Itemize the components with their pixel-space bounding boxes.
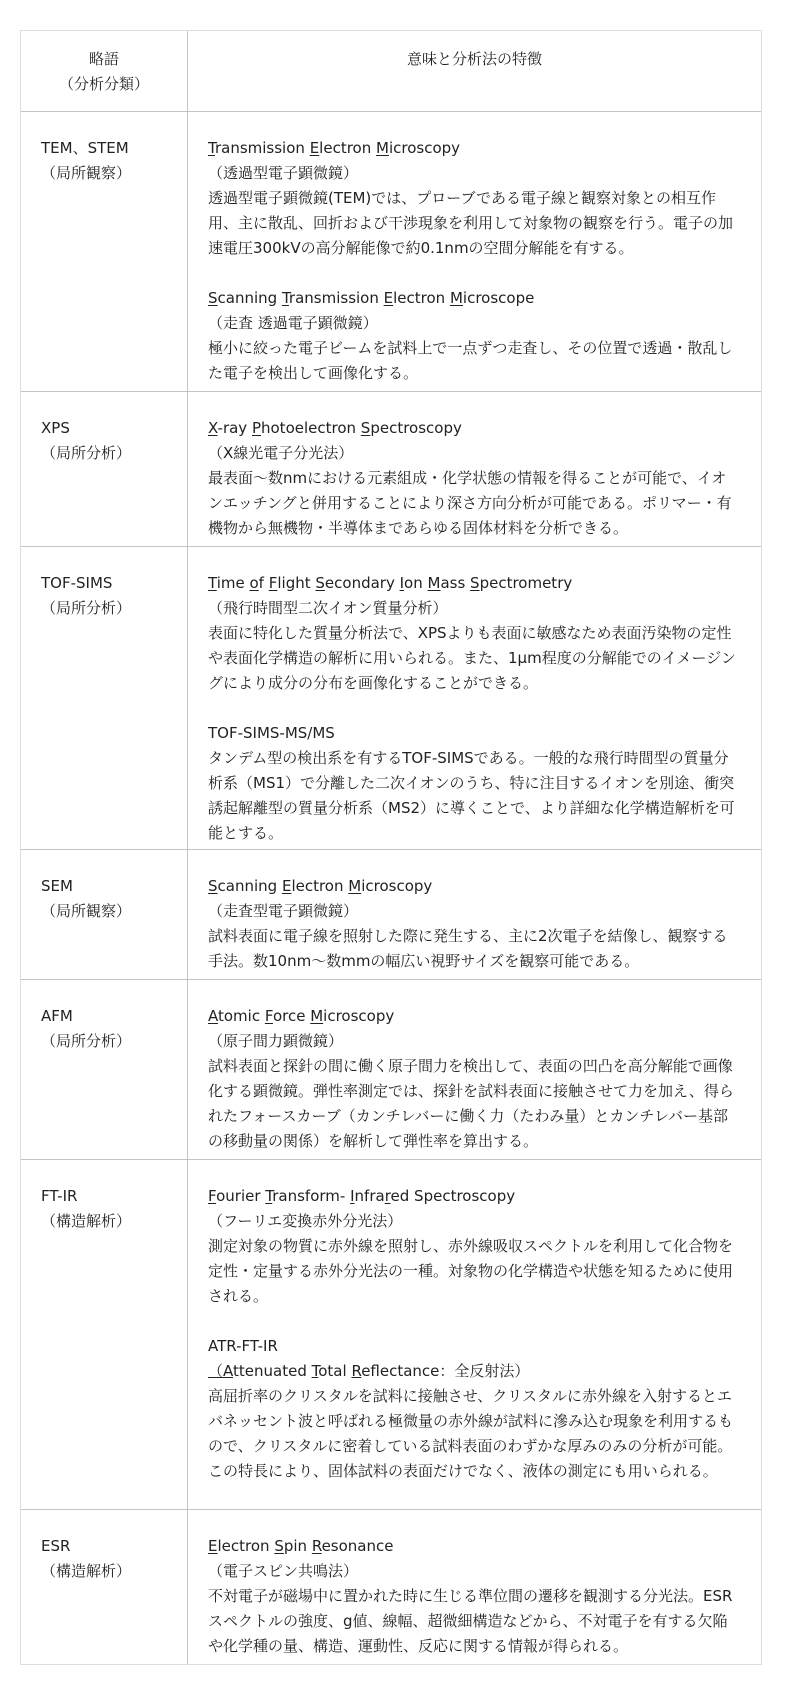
method-description: 不対電子が磁場中に置かれた時に生じる準位間の遷移を観測する分光法。ESRスペクト…	[208, 1584, 741, 1659]
table-row-tem-stem: TEM、STEM （局所観察） Transmission Electron Mi…	[21, 111, 761, 391]
abbr-label: XPS	[41, 416, 187, 441]
header-desc-label: 意味と分析法の特徴	[407, 50, 542, 68]
method-japanese-name: （X線光電子分光法）	[208, 441, 741, 466]
abbr-label: TOF-SIMS	[41, 571, 187, 596]
method-description: 高屈折率のクリスタルを試料に接触させ、クリスタルに赤外線を入射するとエバネッセン…	[208, 1384, 741, 1484]
method-term: Atomic Force Microscopy	[208, 1004, 741, 1029]
abbr-cell: SEM （局所観察）	[21, 850, 188, 979]
desc-cell: Electron Spin Resonance（電子スピン共鳴法）不対電子が磁場…	[188, 1510, 761, 1664]
method-japanese-name: （電子スピン共鳴法）	[208, 1559, 741, 1584]
table-row-esr: ESR （構造解析） Electron Spin Resonance（電子スピン…	[21, 1509, 761, 1664]
method-block: X-ray Photoelectron Spectroscopy（X線光電子分光…	[208, 416, 741, 541]
table-row-afm: AFM （局所分析） Atomic Force Microscopy（原子間力顕…	[21, 979, 761, 1159]
category-label: （構造解析）	[41, 1209, 187, 1234]
method-description: 表面に特化した質量分析法で、XPSよりも表面に敏感なため表面汚染物の定性や表面化…	[208, 621, 741, 696]
abbr-label: TEM、STEM	[41, 136, 187, 161]
abbr-cell: ESR （構造解析）	[21, 1510, 188, 1664]
desc-cell: Atomic Force Microscopy（原子間力顕微鏡）試料表面と探針の…	[188, 980, 761, 1159]
method-description: 透過型電子顕微鏡(TEM)では、プローブである電子線と観察対象との相互作用、主に…	[208, 186, 741, 261]
desc-cell: Transmission Electron Microscopy（透過型電子顕微…	[188, 112, 761, 391]
method-term: X-ray Photoelectron Spectroscopy	[208, 416, 741, 441]
table-row-xps: XPS （局所分析） X-ray Photoelectron Spectrosc…	[21, 391, 761, 546]
method-term: Time of Flight Secondary Ion Mass Spectr…	[208, 571, 741, 596]
abbr-label: ESR	[41, 1534, 187, 1559]
method-block: TOF-SIMS-MS/MSタンデム型の検出系を有するTOF-SIMSである。一…	[208, 721, 741, 846]
abbr-label: FT-IR	[41, 1184, 187, 1209]
table-header-row: 略語 （分析分類） 意味と分析法の特徴	[21, 31, 761, 111]
method-term: ATR-FT-IR	[208, 1334, 741, 1359]
table-row-tof-sims: TOF-SIMS （局所分析） Time of Flight Secondary…	[21, 546, 761, 849]
category-label: （構造解析）	[41, 1559, 187, 1584]
method-block: Electron Spin Resonance（電子スピン共鳴法）不対電子が磁場…	[208, 1534, 741, 1659]
method-japanese-name: （飛行時間型二次イオン質量分析）	[208, 596, 741, 621]
method-term: Electron Spin Resonance	[208, 1534, 741, 1559]
abbr-cell: TOF-SIMS （局所分析）	[21, 547, 188, 849]
method-japanese-name: （透過型電子顕微鏡）	[208, 161, 741, 186]
desc-cell: X-ray Photoelectron Spectroscopy（X線光電子分光…	[188, 392, 761, 546]
desc-cell: Time of Flight Secondary Ion Mass Spectr…	[188, 547, 761, 849]
method-japanese-name: （フーリエ変換赤外分光法）	[208, 1209, 741, 1234]
method-term: Scanning Electron Microscopy	[208, 874, 741, 899]
method-description: タンデム型の検出系を有するTOF-SIMSである。一般的な飛行時間型の質量分析系…	[208, 746, 741, 846]
category-label: （局所分析）	[41, 441, 187, 466]
desc-cell: Fourier Transform- Infrared Spectroscopy…	[188, 1160, 761, 1509]
method-block: Time of Flight Secondary Ion Mass Spectr…	[208, 571, 741, 696]
method-japanese-name: （走査型電子顕微鏡）	[208, 899, 741, 924]
table-row-sem: SEM （局所観察） Scanning Electron Microscopy（…	[21, 849, 761, 979]
abbr-cell: XPS （局所分析）	[21, 392, 188, 546]
method-description: 試料表面と探針の間に働く原子間力を検出して、表面の凹凸を高分解能で画像化する顕微…	[208, 1054, 741, 1154]
desc-cell: Scanning Electron Microscopy（走査型電子顕微鏡）試料…	[188, 850, 761, 979]
method-block: ATR-FT-IR（Attenuated Total Reflectance：全…	[208, 1334, 741, 1484]
category-label: （局所分析）	[41, 596, 187, 621]
method-term: Scanning Transmission Electron Microscop…	[208, 286, 741, 311]
abbr-label: SEM	[41, 874, 187, 899]
method-block: Fourier Transform- Infrared Spectroscopy…	[208, 1184, 741, 1309]
method-description: 測定対象の物質に赤外線を照射し、赤外線吸収スペクトルを利用して化合物を定性・定量…	[208, 1234, 741, 1309]
abbr-cell: AFM （局所分析）	[21, 980, 188, 1159]
header-category-label: （分析分類）	[21, 72, 187, 97]
table-row-ft-ir: FT-IR （構造解析） Fourier Transform- Infrared…	[21, 1159, 761, 1509]
method-japanese-name: （Attenuated Total Reflectance：全反射法）	[208, 1359, 741, 1384]
category-label: （局所観察）	[41, 161, 187, 186]
method-japanese-name: （走査 透過電子顕微鏡）	[208, 311, 741, 336]
method-description: 最表面～数nmにおける元素組成・化学状態の情報を得ることが可能で、イオンエッチン…	[208, 466, 741, 541]
abbr-cell: TEM、STEM （局所観察）	[21, 112, 188, 391]
abbr-label: AFM	[41, 1004, 187, 1029]
category-label: （局所分析）	[41, 1029, 187, 1054]
header-abbr-label: 略語	[21, 47, 187, 72]
method-description: 試料表面に電子線を照射した際に発生する、主に2次電子を結像し、観察する手法。数1…	[208, 924, 741, 974]
method-block: Transmission Electron Microscopy（透過型電子顕微…	[208, 136, 741, 261]
method-block: Scanning Transmission Electron Microscop…	[208, 286, 741, 386]
method-term: TOF-SIMS-MS/MS	[208, 721, 741, 746]
abbr-cell: FT-IR （構造解析）	[21, 1160, 188, 1509]
category-label: （局所観察）	[41, 899, 187, 924]
method-block: Atomic Force Microscopy（原子間力顕微鏡）試料表面と探針の…	[208, 1004, 741, 1154]
method-term: Transmission Electron Microscopy	[208, 136, 741, 161]
method-description: 極小に絞った電子ビームを試料上で一点ずつ走査し、その位置で透過・散乱した電子を検…	[208, 336, 741, 386]
method-term: Fourier Transform- Infrared Spectroscopy	[208, 1184, 741, 1209]
method-japanese-name: （原子間力顕微鏡）	[208, 1029, 741, 1054]
analysis-methods-table: 略語 （分析分類） 意味と分析法の特徴 TEM、STEM （局所観察） Tran…	[20, 30, 762, 1665]
header-abbr-cell: 略語 （分析分類）	[21, 31, 188, 111]
method-block: Scanning Electron Microscopy（走査型電子顕微鏡）試料…	[208, 874, 741, 974]
header-desc-cell: 意味と分析法の特徴	[188, 31, 761, 111]
